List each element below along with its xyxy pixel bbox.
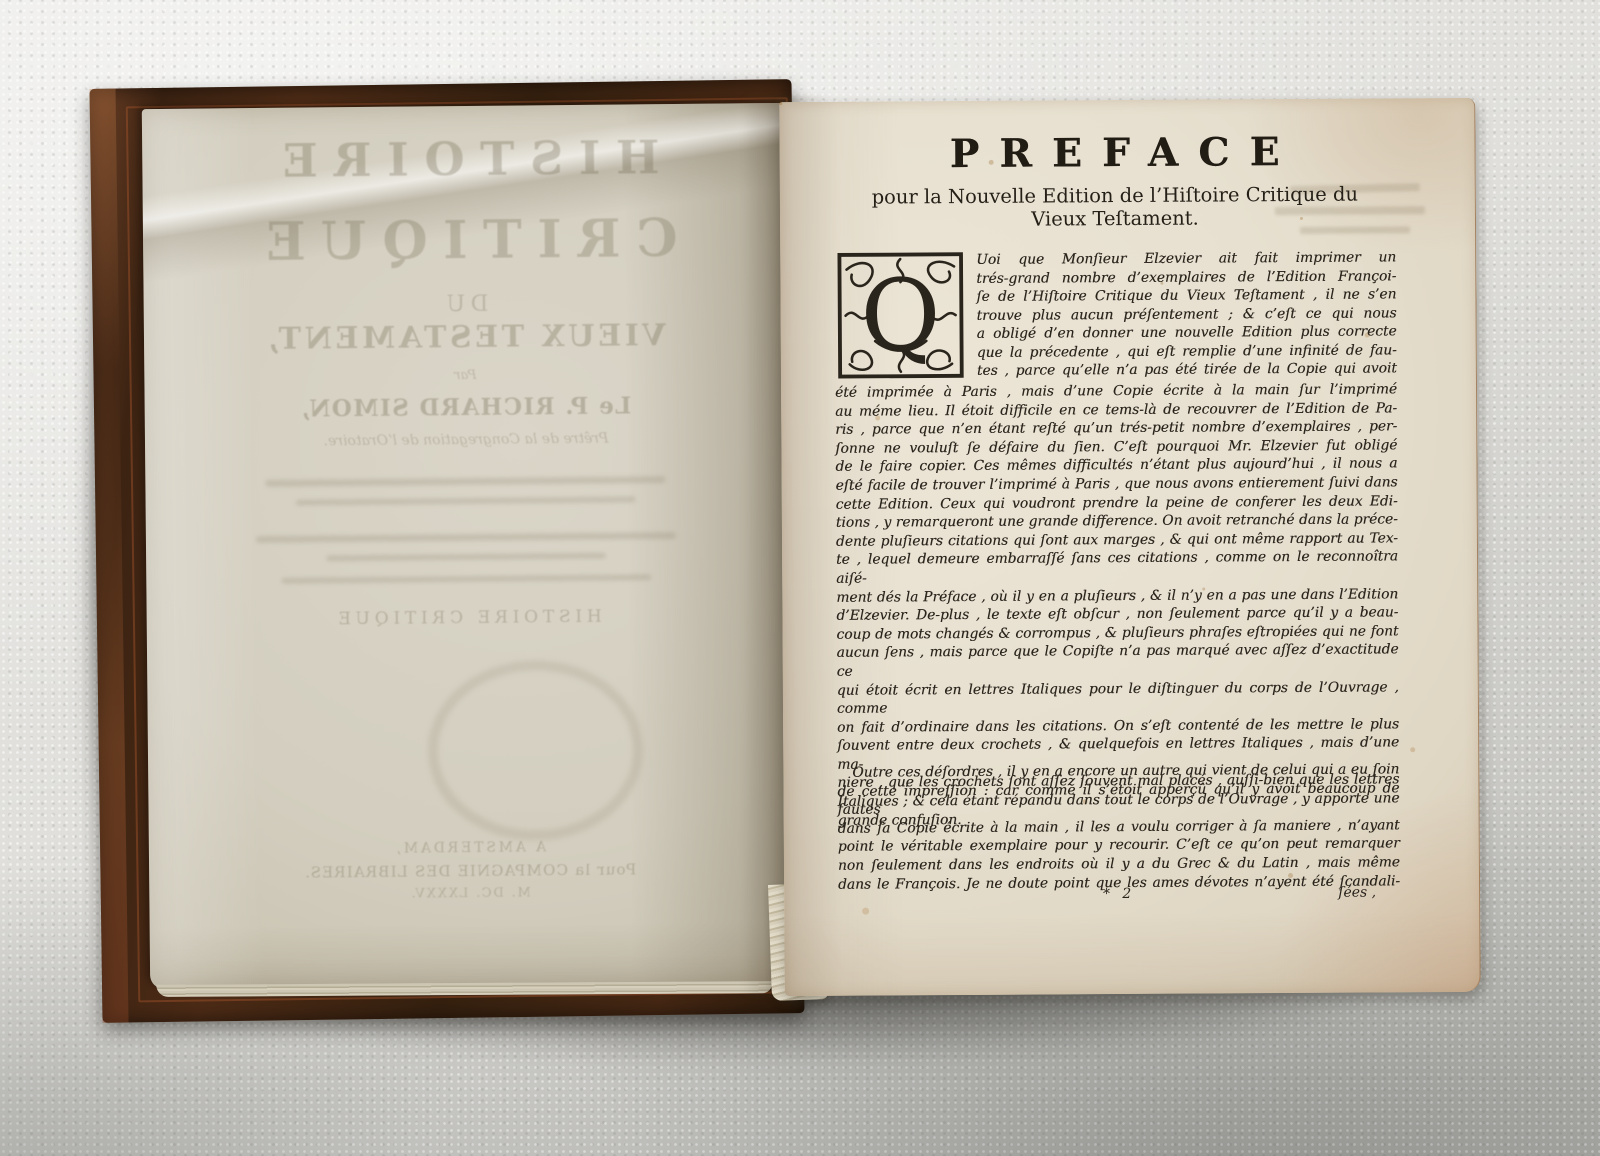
subtitle-line: pour la Nouvelle Edition de l’Hiſtoire C… <box>834 182 1396 208</box>
text-line: tes , parce qu’elle n’a pas été tirée de… <box>977 359 1397 380</box>
text-line: ſe de l’Hiſtoire Critique du Vieux Teſta… <box>976 285 1396 306</box>
subtitle-line: Vieux Teſtament. <box>834 205 1396 231</box>
page-footer: * 2 ſées , <box>838 884 1400 907</box>
drop-cap: Q <box>836 251 965 380</box>
text-line: a obligé d’en donner une nouvelle Editio… <box>977 322 1397 343</box>
text-line: te , lequel demeure embarraſſé ſans ces … <box>836 548 1398 589</box>
paragraph-1-beside-cap: Uoi que Monſieur Elzevier ait fait impri… <box>976 248 1397 380</box>
svg-text:Q: Q <box>860 258 940 371</box>
paragraph-2: Outre ces déſordres , il y en a encore u… <box>837 760 1400 894</box>
text-line: Uoi que Monſieur Elzevier ait fait impri… <box>976 248 1396 269</box>
text-line: de cette impreſſion : car comme il s’éto… <box>837 779 1399 820</box>
catchword: ſées , <box>1338 885 1376 901</box>
photo-of-open-book: HISTOIRE CRITIQUE DU VIEUX TESTAMENT, Pa… <box>0 0 1600 1156</box>
text-line: qui étoit écrit en lettres Italiques pou… <box>837 678 1399 719</box>
text-line: aucun ſens , mais parce que le Copiſte n… <box>837 641 1399 682</box>
left-page: HISTOIRE CRITIQUE DU VIEUX TESTAMENT, Pa… <box>142 103 792 989</box>
ghost-title-critique: CRITIQUE <box>143 207 786 274</box>
right-page: PREFACE pour la Nouvelle Edition de l’Hi… <box>779 98 1480 996</box>
foxing-spots <box>779 102 782 105</box>
ghost-title-vieux-testament: VIEUX TESTAMENT, <box>144 317 786 358</box>
preface-title: PREFACE <box>833 128 1395 177</box>
preface-subtitle: pour la Nouvelle Edition de l’Hiſtoire C… <box>834 182 1396 231</box>
signature-mark: * 2 <box>838 884 1400 903</box>
ghost-title-histoire: HISTOIRE <box>142 129 784 189</box>
drop-cap-ornament: Q <box>836 251 965 380</box>
